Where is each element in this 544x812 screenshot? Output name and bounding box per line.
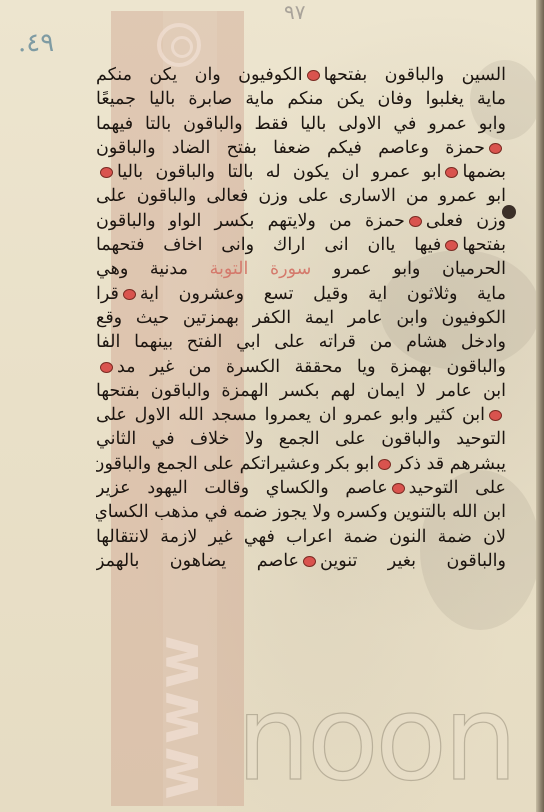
text-line: ماية يغلبوا وفان يكن منكم ماية صابرة بال… — [96, 87, 506, 111]
text-line: التوحيد والباقون على الجمع ولا خلاف في ا… — [96, 427, 506, 451]
surah-heading: سورة التوبة — [210, 259, 312, 279]
text-line: ابن كثير وابو عمرو ان يعمروا مسجد الله ا… — [96, 403, 506, 427]
manuscript-page: www ٤٩. ٩٧ السين والباقون بفتحهاالكوفيون… — [0, 0, 544, 812]
verse-marker-icon — [445, 240, 458, 251]
verse-marker-icon — [123, 289, 136, 300]
text-line: حمزة وعاصم فيكم ضعفا بفتح الضاد والباقون — [96, 136, 506, 160]
text-line: ابن الله بالتنوين وكسره ولا يجوز ضمه في … — [96, 500, 506, 524]
text-line: ابن عامر لا ايمان لهم بكسر الهمزة والباق… — [96, 379, 506, 403]
text-line: على التوحيدعاصم والكساي وقالت اليهود عزي… — [96, 476, 506, 500]
copyright-watermark-icon — [157, 23, 201, 67]
text-line: يبشرهم قد ذكرابو بكر وعشيراتكم على الجمع… — [96, 452, 506, 476]
verse-marker-icon — [489, 143, 502, 154]
verse-marker-icon — [100, 362, 113, 373]
manuscript-text: السين والباقون بفتحهاالكوفيون وان يكن من… — [96, 63, 506, 573]
text-line: وزن فعلىحمزة من ولايتهم بكسر الواو والبا… — [96, 209, 506, 233]
text-line: الكوفيون وابن عامر ايمة الكفر بهمزتين حي… — [96, 306, 506, 330]
pencil-page-number: ٩٧ — [284, 0, 305, 24]
verse-marker-icon — [100, 167, 113, 178]
text-line: والباقون بغير تنوينعاصم يضاهون بالهمز — [96, 549, 506, 573]
text-line: ماية وثلاثون اية وقيل تسع وعشرون ايةقرا — [96, 282, 506, 306]
text-line: وابو عمرو في الاولى باليا فقط والباقون ب… — [96, 112, 506, 136]
text-line: السين والباقون بفتحهاالكوفيون وان يكن من… — [96, 63, 506, 87]
verse-marker-icon — [489, 410, 502, 421]
verse-marker-icon — [409, 216, 422, 227]
verse-marker-icon — [392, 483, 405, 494]
text-line: ابو عمرو من الاسارى على وزن فعالى والباق… — [96, 184, 506, 208]
verse-marker-icon — [307, 70, 320, 81]
text-line: والباقون بهمزة ويا محققة الكسرة من غير م… — [96, 355, 506, 379]
text-line: بضمهاابو عمرو ان يكون له بالتا والباقون … — [96, 160, 506, 184]
folio-number: ٤٩. — [18, 28, 54, 58]
text-line: وادخل هشام من قراته على ابي الفتح بينهما… — [96, 330, 506, 354]
verse-marker-icon — [303, 556, 316, 567]
verse-marker-icon — [378, 459, 391, 470]
text-line: الحرميان وابو عمرو سورة التوبة مدنية وهي — [96, 257, 506, 281]
text-line: لان ضمة النون ضمة اعراب فهي غير لازمة لا… — [96, 525, 506, 549]
text-line: بفتحهافيها ياان انى اراك وانى اخاف فتحهم… — [96, 233, 506, 257]
noon-watermark: noon — [236, 688, 544, 788]
verse-marker-icon — [445, 167, 458, 178]
www-watermark: www — [138, 600, 218, 800]
page-edge — [536, 0, 544, 812]
